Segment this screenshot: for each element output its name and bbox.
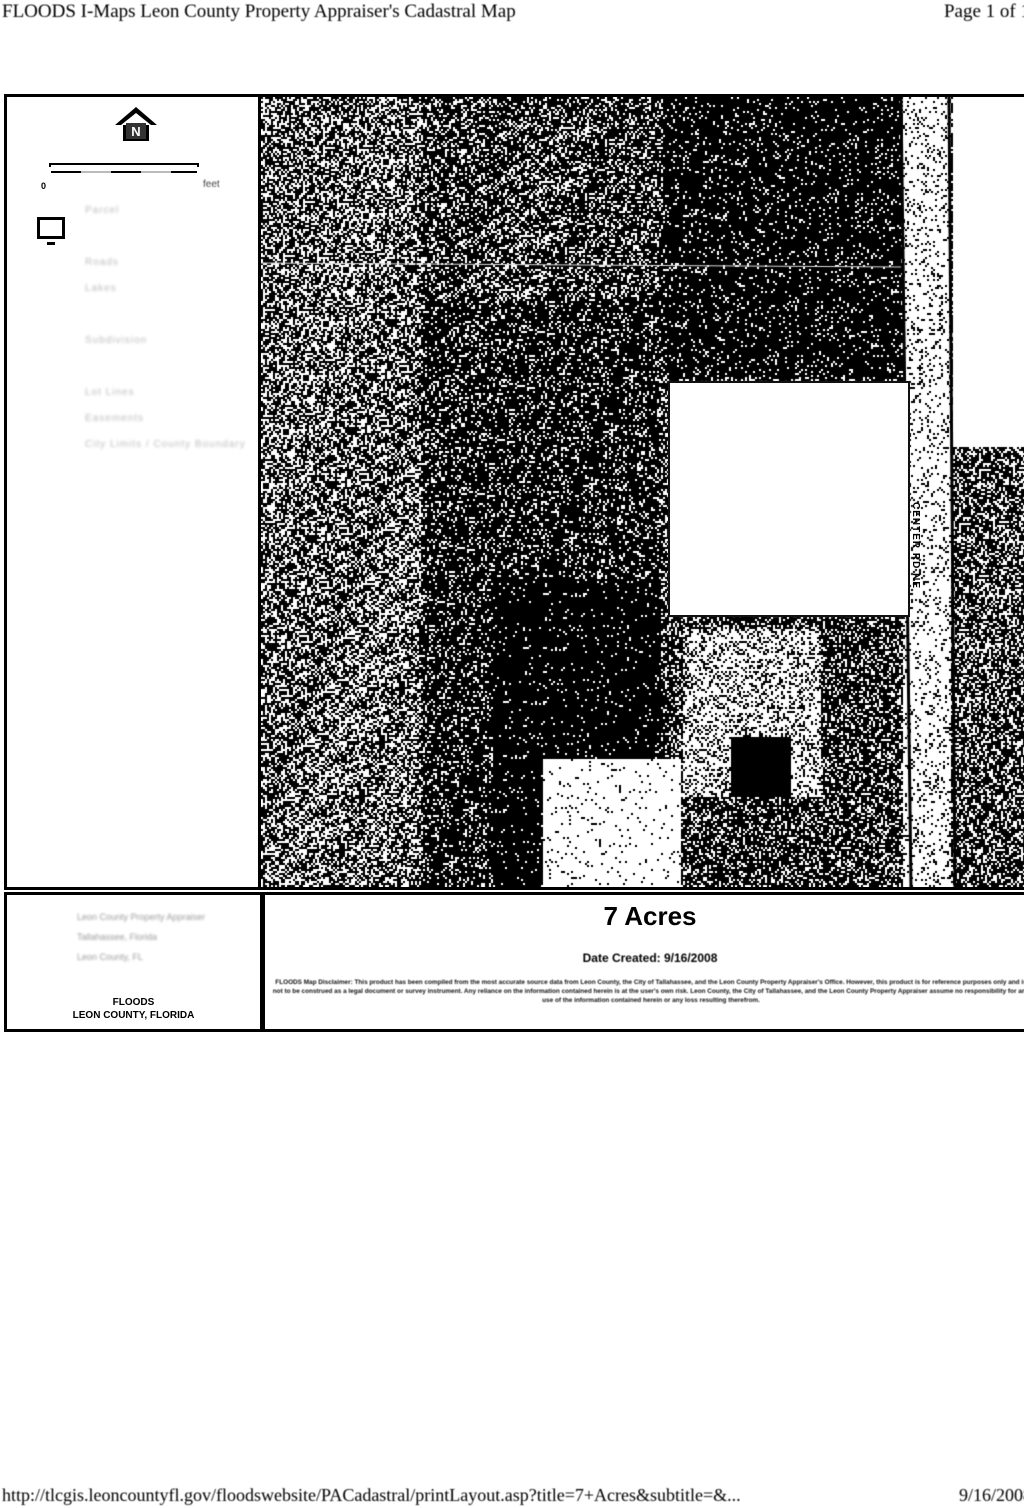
scale-max-label: feet xyxy=(203,179,220,190)
legend-item: Lakes xyxy=(85,283,255,309)
legend-panel: N 0 feet Parcel Roads Lakes Subdivision … xyxy=(7,97,261,887)
print-date: 9/16/2008 xyxy=(959,1484,1024,1506)
north-arrow-icon: N xyxy=(111,105,161,145)
date-created: Date Created: 9/16/2008 xyxy=(265,951,1024,965)
legend-item xyxy=(85,309,255,335)
agency-block: Leon County Property Appraiser Tallahass… xyxy=(7,895,265,1029)
map-title: 7 Acres xyxy=(265,901,1024,932)
legend-item: City Limits / County Boundary xyxy=(85,439,255,465)
legend-item: Subdivision xyxy=(85,335,255,361)
legend-item: Easements xyxy=(85,413,255,439)
legend-item: Parcel xyxy=(85,205,255,231)
legend-item xyxy=(85,231,255,257)
scale-bar xyxy=(49,163,199,177)
legend-item xyxy=(85,361,255,387)
page-number: Page 1 of 1 xyxy=(944,0,1024,24)
scale-min-label: 0 xyxy=(41,181,46,191)
agency-name: FLOODS xyxy=(7,997,260,1009)
map-frame: N 0 feet Parcel Roads Lakes Subdivision … xyxy=(4,94,1024,890)
road-label: CENTER RD NE xyxy=(910,502,921,589)
legend-item: Roads xyxy=(85,257,255,283)
legend-list: Parcel Roads Lakes Subdivision Lot Lines… xyxy=(85,205,255,465)
page-url[interactable]: http://tlcgis.leoncountyfl.gov/floodsweb… xyxy=(2,1484,741,1506)
print-footer: http://tlcgis.leoncountyfl.gov/floodsweb… xyxy=(0,1484,1024,1508)
parcel-swatch-icon xyxy=(37,217,65,239)
legend-item: Lot Lines xyxy=(85,387,255,413)
subject-parcel[interactable] xyxy=(668,381,910,617)
agency-subtitle: LEON COUNTY, FLORIDA xyxy=(7,1010,260,1022)
print-header: FLOODS I-Maps Leon County Property Appra… xyxy=(0,0,1024,26)
disclaimer-text: FLOODS Map Disclaimer: This product has … xyxy=(271,979,1024,1029)
svg-text:N: N xyxy=(131,124,140,139)
document-title: FLOODS I-Maps Leon County Property Appra… xyxy=(2,0,516,24)
aerial-map[interactable]: CENTER RD NE xyxy=(261,97,1024,887)
map-info: 7 Acres Date Created: 9/16/2008 FLOODS M… xyxy=(265,895,1024,1029)
title-block: Leon County Property Appraiser Tallahass… xyxy=(4,892,1024,1032)
